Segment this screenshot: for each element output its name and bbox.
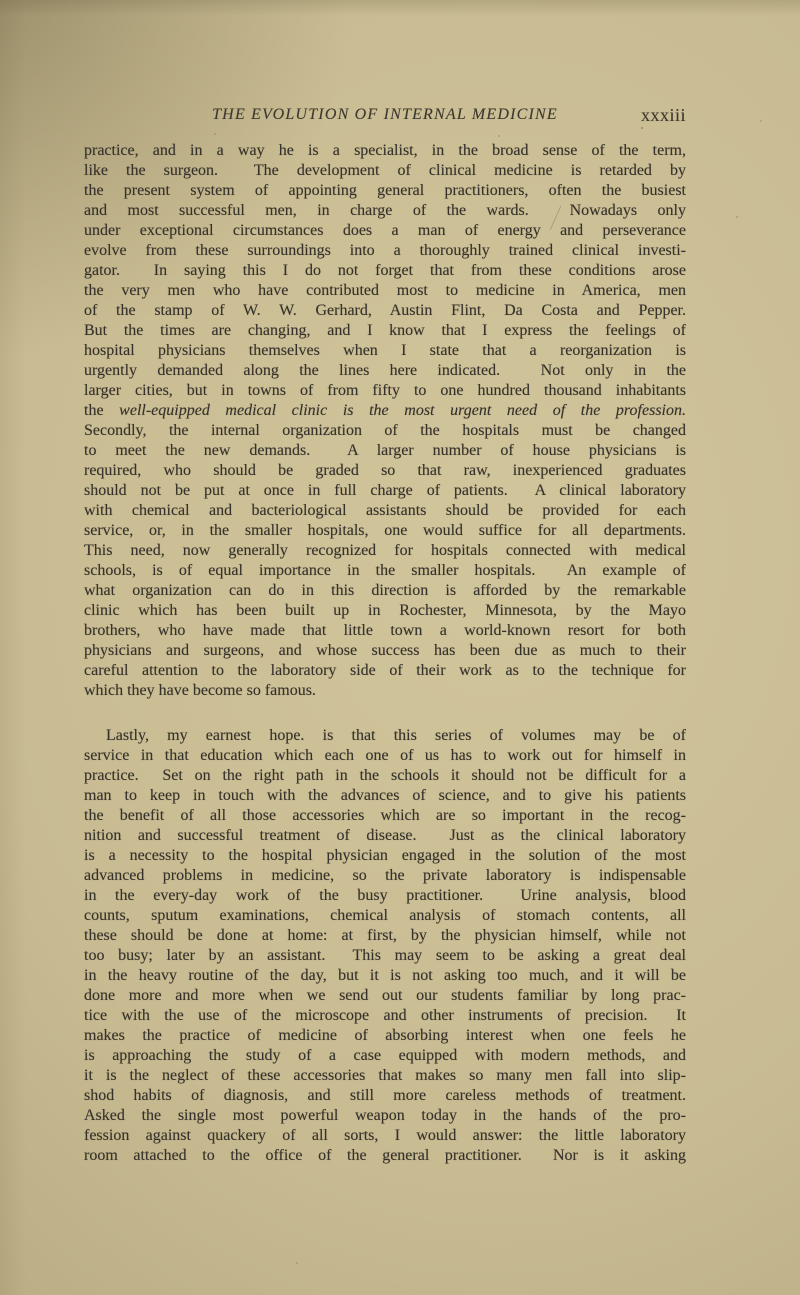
text-line: makes the practice of medicine of absorb… bbox=[84, 1026, 686, 1046]
text-line: done more and more when we send out our … bbox=[84, 986, 686, 1006]
text-line: schools, is of equal importance in the s… bbox=[84, 561, 686, 581]
text-block: practice, and in a way he is a specialis… bbox=[84, 141, 686, 1166]
text-line: physicians and surgeons, and whose succe… bbox=[84, 641, 686, 661]
text-line: the very men who have contributed most t… bbox=[84, 281, 686, 301]
text-line: tice with the use of the microscope and … bbox=[84, 1006, 686, 1026]
text-line: is approaching the study of a case equip… bbox=[84, 1046, 686, 1066]
text-line: fession against quackery of all sorts, I… bbox=[84, 1126, 686, 1146]
text-line: nition and successful treatment of disea… bbox=[84, 826, 686, 846]
text-line: required, who should be graded so that r… bbox=[84, 461, 686, 481]
emphasized-text: well-equipped medical clinic is the most… bbox=[119, 402, 686, 419]
text-line: what organization can do in this directi… bbox=[84, 581, 686, 601]
text-line: man to keep in touch with the advances o… bbox=[84, 786, 686, 806]
paragraph: practice, and in a way he is a specialis… bbox=[84, 141, 686, 701]
text-segment: the bbox=[84, 402, 119, 419]
text-line: is a necessity to the hospital physician… bbox=[84, 846, 686, 866]
paragraph: Lastly, my earnest hope. is that this se… bbox=[84, 726, 686, 1166]
text-line: urgently demanded along the lines here i… bbox=[84, 361, 686, 381]
text-line: This need, now generally recognized for … bbox=[84, 541, 686, 561]
text-line: the present system of appointing general… bbox=[84, 181, 686, 201]
text-line: room attached to the office of the gener… bbox=[84, 1146, 686, 1166]
text-line: practice. Set on the right path in the s… bbox=[84, 766, 686, 786]
text-line: which they have become so famous. bbox=[84, 681, 686, 701]
running-head: THE EVOLUTION OF INTERNAL MEDICINE bbox=[212, 106, 558, 124]
text-line: careful attention to the laboratory side… bbox=[84, 661, 686, 681]
text-line: service in that education which each one… bbox=[84, 746, 686, 766]
text-line: with chemical and bacteriological assist… bbox=[84, 501, 686, 521]
text-line: the benefit of all those accessories whi… bbox=[84, 806, 686, 826]
text-line: Lastly, my earnest hope. is that this se… bbox=[84, 726, 686, 746]
text-line: service, or, in the smaller hospitals, o… bbox=[84, 521, 686, 541]
text-line: evolve from these surroundings into a th… bbox=[84, 241, 686, 261]
text-line: of the stamp of W. W. Gerhard, Austin Fl… bbox=[84, 301, 686, 321]
text-line: it is the neglect of these accessories t… bbox=[84, 1066, 686, 1086]
page-header: THE EVOLUTION OF INTERNAL MEDICINE xxxii… bbox=[84, 106, 686, 130]
text-line: But the times are changing, and I know t… bbox=[84, 321, 686, 341]
paper-speck-decoration bbox=[0, 0, 2, 2]
text-line: clinic which has been built up in Roches… bbox=[84, 601, 686, 621]
text-line: larger cities, but in towns of from fift… bbox=[84, 381, 686, 401]
text-line: counts, sputum examinations, chemical an… bbox=[84, 906, 686, 926]
text-line: Asked the single most powerful weapon to… bbox=[84, 1106, 686, 1126]
text-line: hospital physicians themselves when I st… bbox=[84, 341, 686, 361]
text-line: practice, and in a way he is a specialis… bbox=[84, 141, 686, 161]
text-line: advanced problems in medicine, so the pr… bbox=[84, 866, 686, 886]
text-line: under exceptional circumstances does a m… bbox=[84, 221, 686, 241]
text-line: the well-equipped medical clinic is the … bbox=[84, 401, 686, 421]
text-line: like the surgeon. The development of cli… bbox=[84, 161, 686, 181]
text-line: in the every-day work of the busy practi… bbox=[84, 886, 686, 906]
text-line: brothers, who have made that little town… bbox=[84, 621, 686, 641]
text-line: too busy; later by an assistant. This ma… bbox=[84, 946, 686, 966]
text-line: Secondly, the internal organization of t… bbox=[84, 421, 686, 441]
text-line: to meet the new demands. A larger number… bbox=[84, 441, 686, 461]
text-line: shod habits of diagnosis, and still more… bbox=[84, 1086, 686, 1106]
page-number: xxxiii bbox=[641, 105, 686, 126]
text-line: gator. In saying this I do not forget th… bbox=[84, 261, 686, 281]
book-page: THE EVOLUTION OF INTERNAL MEDICINE xxxii… bbox=[0, 0, 800, 1295]
text-line: these should be done at home: at first, … bbox=[84, 926, 686, 946]
text-line: should not be put at once in full charge… bbox=[84, 481, 686, 501]
text-line: in the heavy routine of the day, but it … bbox=[84, 966, 686, 986]
text-line: and most successful men, in charge of th… bbox=[84, 201, 686, 221]
